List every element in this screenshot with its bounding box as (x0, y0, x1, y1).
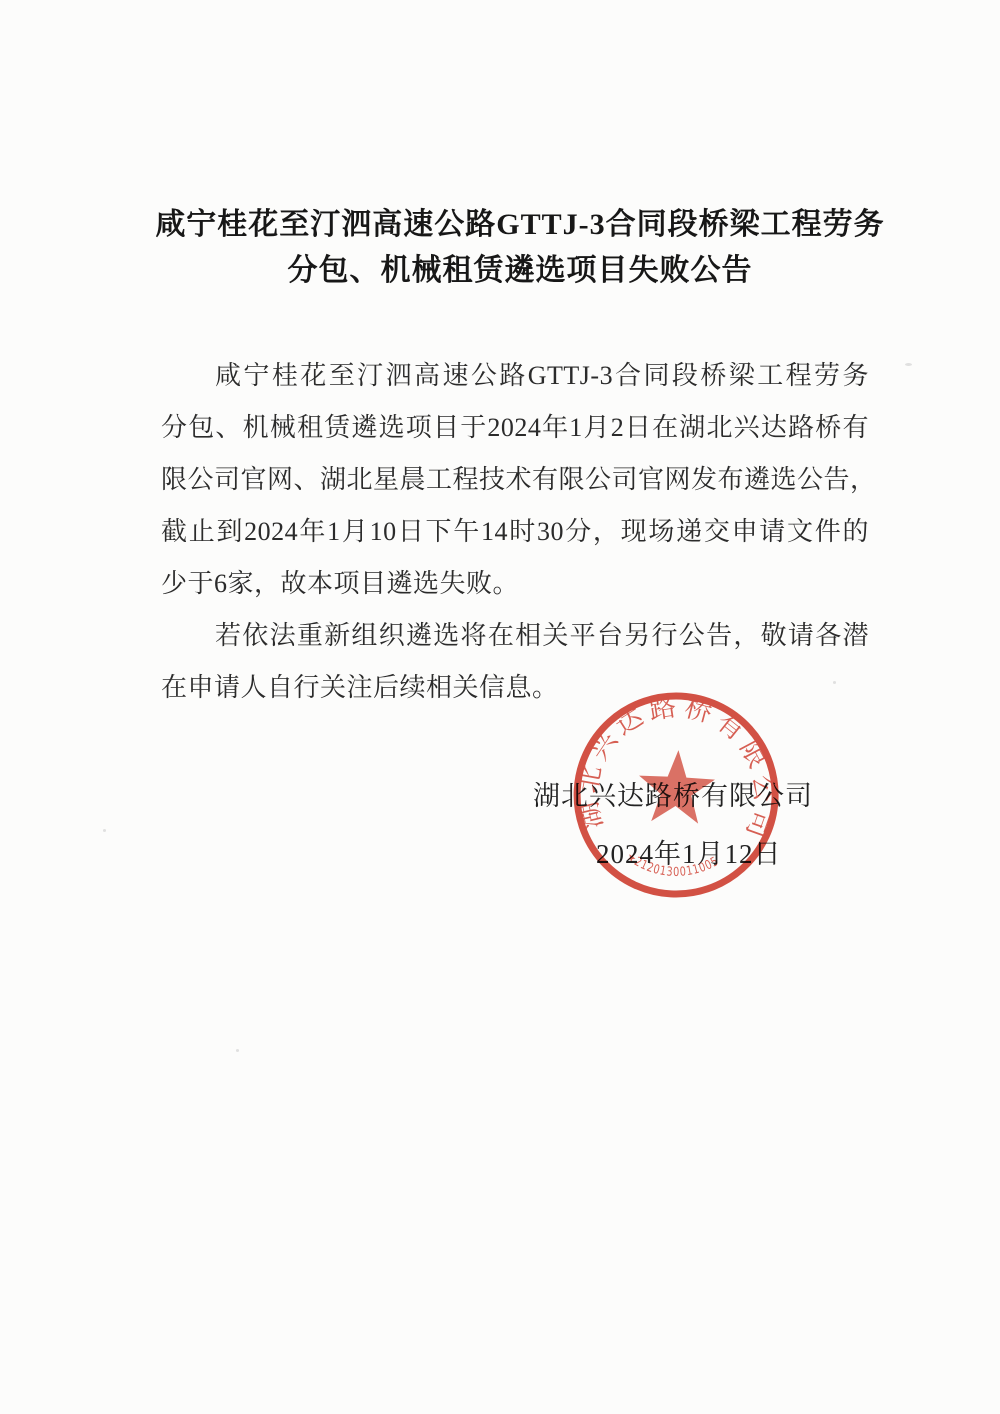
document-page: 咸宁桂花至汀泗高速公路GTTJ-3合同段桥梁工程劳务 分包、机械租赁遴选项目失败… (0, 0, 1000, 1414)
body-line: 咸宁桂花至汀泗高速公路GTTJ-3合同段桥梁工程劳务 (161, 350, 869, 402)
body-line: 少于6家，故本项目遴选失败。 (161, 558, 869, 610)
body-line: 限公司官网、湖北星晨工程技术有限公司官网发布遴选公告， (161, 454, 869, 506)
body-line: 分包、机械租赁遴选项目于2024年1月2日在湖北兴达路桥有 (161, 402, 869, 454)
body-line: 截止到2024年1月10日下午14时30分，现场递交申请文件的 (161, 506, 869, 558)
title-line-1: 咸宁桂花至汀泗高速公路GTTJ-3合同段桥梁工程劳务 (130, 202, 910, 248)
seal-code: ★2120130011005 (623, 848, 722, 881)
scan-speck (833, 681, 836, 684)
scan-speck (103, 829, 106, 832)
body-line: 若依法重新组织遴选将在相关平台另行公告，敬请各潜 (161, 610, 869, 662)
company-seal: 湖北兴达路桥有限公司 ★2120130011005 (564, 682, 787, 913)
scan-speck (905, 363, 912, 366)
document-title: 咸宁桂花至汀泗高速公路GTTJ-3合同段桥梁工程劳务 分包、机械租赁遴选项目失败… (130, 202, 910, 294)
document-body: 咸宁桂花至汀泗高速公路GTTJ-3合同段桥梁工程劳务 分包、机械租赁遴选项目于2… (161, 350, 869, 714)
star-icon (637, 748, 717, 824)
title-line-2: 分包、机械租赁遴选项目失败公告 (130, 248, 910, 294)
scan-speck (236, 1049, 239, 1052)
